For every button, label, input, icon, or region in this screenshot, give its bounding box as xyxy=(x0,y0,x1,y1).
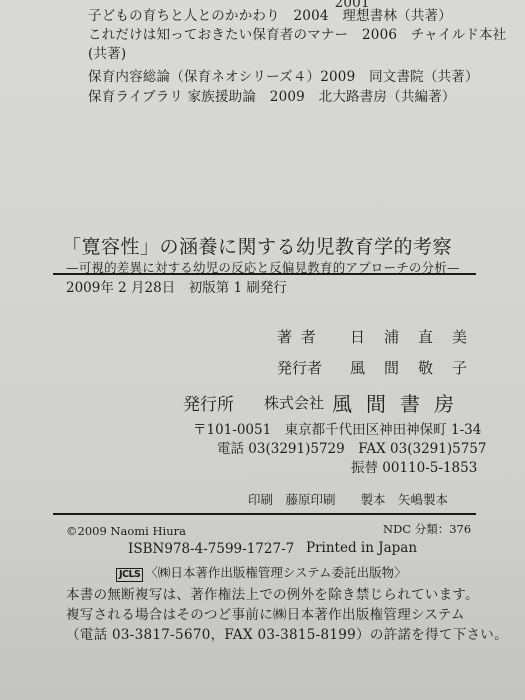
copy-notice-line: （電話 03-3817-5670，FAX 03-3815-8199）の許諾を得て… xyxy=(66,623,508,643)
book-title: 「寛容性」の涵養に関する幼児教育学的考察 xyxy=(62,232,452,259)
publisher-corp: 株式会社 xyxy=(264,392,324,413)
colophon-page: 2001 子どもの育ちと人とのかかわり 2004 理想書林（共著） これだけは知… xyxy=(0,0,525,700)
isbn: ISBN978-4-7599-1727-7 xyxy=(128,541,294,557)
ndc-classification: NDC 分類：376 xyxy=(383,521,471,537)
author-label: 著 者 xyxy=(277,326,318,347)
edition-date: 2009年 2 月28日 初版第 1 刷発行 xyxy=(66,276,287,296)
jcls-text: 〈㈱日本著作出版権管理システム委託出版物〉 xyxy=(145,565,406,580)
bibliography-item: 保育内容総論（保育ネオシリーズ４）2009 同文書院（共著） xyxy=(88,65,479,85)
copy-notice-line: 本書の無断複写は、著作権法上での例外を除き禁じられています。 xyxy=(66,583,479,603)
jcls-logo: JCLS xyxy=(116,568,143,582)
jcls-line: JCLS〈㈱日本著作出版権管理システム委託出版物〉 xyxy=(116,563,407,582)
issuer-label: 発行者 xyxy=(277,357,322,378)
publisher-label: 発行所 xyxy=(183,390,234,415)
copy-notice-line: 複写される場合はそのつど事前に㈱日本著作出版権管理システム xyxy=(66,603,465,623)
bibliography-item: 子どもの育ちと人とのかかわり 2004 理想書林（共著） xyxy=(88,4,452,24)
author-name: 日 浦 直 美 xyxy=(350,326,469,347)
bibliography-item: 保育ライブラリ 家族援助論 2009 北大路書房（共編著） xyxy=(88,85,456,105)
issuer-name: 風 間 敬 子 xyxy=(350,357,469,378)
publisher-address: 〒101-0051 東京都千代田区神田神保町 1-34 xyxy=(193,418,481,438)
printer-binder: 印刷 藤原印刷 製本 矢嶋製本 xyxy=(248,490,448,508)
printed-in: Printed in Japan xyxy=(306,540,417,556)
copyright: ©2009 Naomi Hiura xyxy=(66,524,186,538)
publisher-name: 風間書房 xyxy=(332,388,468,417)
bibliography-item: これだけは知っておきたい保育者のマナー 2006 チャイルド本社 xyxy=(88,23,506,43)
divider-rule xyxy=(53,273,476,275)
divider-rule xyxy=(53,513,476,515)
publisher-phone-fax: 電話 03(3291)5729 FAX 03(3291)5757 xyxy=(217,437,487,457)
bibliography-item: (共著) xyxy=(88,42,126,62)
publisher-transfer-account: 振替 00110-5-1853 xyxy=(351,456,477,476)
